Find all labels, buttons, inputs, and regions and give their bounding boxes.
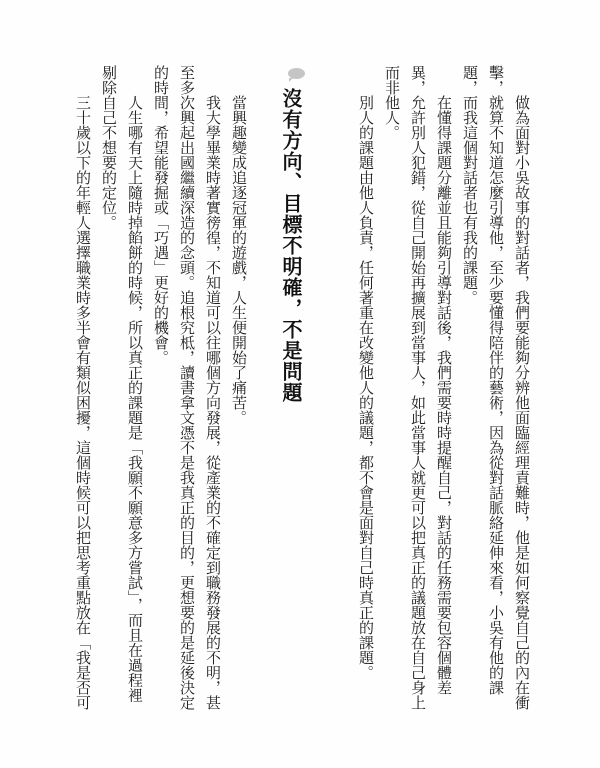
paragraph-others-tasks: 別人的課題由他人負責，任何著重在改變他人的議題，都不會是面對自己時真正的課題。 [353, 65, 379, 711]
speech-bubble-bullet-icon [288, 68, 305, 79]
paragraph-task-separation: 在懂得課題分離並且能夠引導對話後，我們需要時時提醒自己，對話的任務需要包容個體差… [379, 65, 457, 711]
section-heading-text: 沒有方向、目標不明確，不是問題 [279, 88, 303, 403]
paragraph-interest-pain: 當興趣變成追逐冠軍的遊戲，人生便開始了痛苦。 [226, 65, 252, 711]
paragraph-graduation-confusion: 我大學畢業時著實徬徨，不知道可以往哪個方向發展，從產業的不確定到職務發展的不明，… [148, 65, 226, 711]
book-page: 做為面對小吳故事的對話者，我們要能夠分辨他面臨經理責難時，他是如何察覺自己的內在… [0, 0, 600, 768]
paragraph-dialogue-partner: 做為面對小吳故事的對話者，我們要能夠分辨他面臨經理責難時，他是如何察覺自己的內在… [457, 65, 535, 711]
paragraph-try-many-ways: 人生哪有天上隨時掉餡餅的時候，所以真正的課題是「我願不願意多方嘗試」，而且在過程… [96, 65, 148, 711]
section-heading: 沒有方向、目標不明確，不是問題 [278, 65, 305, 711]
paragraph-under-thirty: 三十歲以下的年輕人選擇職業時多半會有類似困擾，這個時候可以把思考重點放在「我是否… [70, 65, 96, 711]
page-text-area: 做為面對小吳故事的對話者，我們要能夠分辨他面臨經理責難時，他是如何察覺自己的內在… [70, 65, 535, 711]
